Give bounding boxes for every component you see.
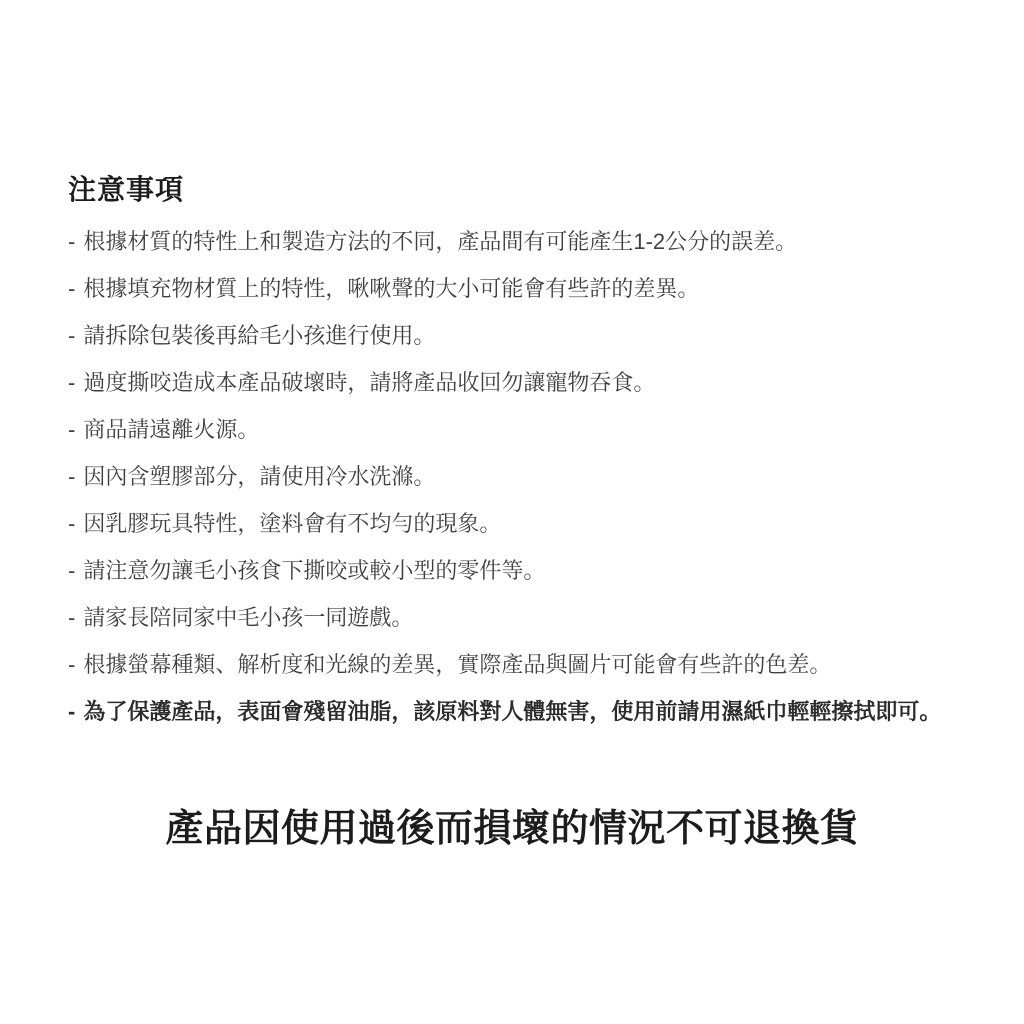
notice-item: -根據材質的特性上和製造方法的不同，產品間有可能產生1-2公分的誤差。 <box>68 218 968 265</box>
notice-item: -根據填充物材質上的特性，啾啾聲的大小可能會有些許的差異。 <box>68 265 968 312</box>
bullet-dash: - <box>68 406 75 453</box>
notice-item: -請家長陪同家中毛小孩一同遊戲。 <box>68 594 968 641</box>
bullet-dash: - <box>68 547 75 594</box>
notice-text: 商品請遠離火源。 <box>83 417 259 442</box>
bullet-dash: - <box>68 688 75 735</box>
notice-text: 因乳膠玩具特性，塗料會有不均勻的現象。 <box>83 511 501 536</box>
notice-item-important: -為了保護產品，表面會殘留油脂，該原料對人體無害，使用前請用濕紙巾輕輕擦拭即可。 <box>68 688 968 735</box>
notice-item: -商品請遠離火源。 <box>68 406 968 453</box>
bullet-dash: - <box>68 265 75 312</box>
notice-item: -過度撕咬造成本產品破壞時，請將產品收回勿讓寵物吞食。 <box>68 359 968 406</box>
notice-list: -根據材質的特性上和製造方法的不同，產品間有可能產生1-2公分的誤差。 -根據填… <box>68 218 968 735</box>
notice-text: 根據材質的特性上和製造方法的不同，產品間有可能產生1-2公分的誤差。 <box>83 229 797 254</box>
bullet-dash: - <box>68 500 75 547</box>
notice-item: -根據螢幕種類、解析度和光線的差異，實際產品與圖片可能會有些許的色差。 <box>68 641 968 688</box>
notice-section: 注意事項 -根據材質的特性上和製造方法的不同，產品間有可能產生1-2公分的誤差。… <box>68 175 968 735</box>
notice-text: 根據螢幕種類、解析度和光線的差異，實際產品與圖片可能會有些許的色差。 <box>83 652 831 677</box>
notice-text: 根據填充物材質上的特性，啾啾聲的大小可能會有些許的差異。 <box>83 276 699 301</box>
bullet-dash: - <box>68 641 75 688</box>
notice-page: 注意事項 -根據材質的特性上和製造方法的不同，產品間有可能產生1-2公分的誤差。… <box>0 0 1024 1024</box>
notice-text: 因內含塑膠部分，請使用冷水洗滌。 <box>83 464 435 489</box>
bullet-dash: - <box>68 312 75 359</box>
notice-title: 注意事項 <box>68 175 968 205</box>
notice-item: -因內含塑膠部分，請使用冷水洗滌。 <box>68 453 968 500</box>
notice-item: -因乳膠玩具特性，塗料會有不均勻的現象。 <box>68 500 968 547</box>
bullet-dash: - <box>68 359 75 406</box>
notice-text: 請家長陪同家中毛小孩一同遊戲。 <box>83 605 413 630</box>
notice-item: -請注意勿讓毛小孩食下撕咬或較小型的零件等。 <box>68 547 968 594</box>
notice-text: 請注意勿讓毛小孩食下撕咬或較小型的零件等。 <box>83 558 545 583</box>
notice-text: 請拆除包裝後再給毛小孩進行使用。 <box>83 323 435 348</box>
notice-item: -請拆除包裝後再給毛小孩進行使用。 <box>68 312 968 359</box>
return-policy-banner: 產品因使用過後而損壞的情況不可退換貨 <box>0 806 1024 852</box>
bullet-dash: - <box>68 594 75 641</box>
notice-text: 為了保護產品，表面會殘留油脂，該原料對人體無害，使用前請用濕紙巾輕輕擦拭即可。 <box>83 699 941 724</box>
bullet-dash: - <box>68 218 75 265</box>
bullet-dash: - <box>68 453 75 500</box>
notice-text: 過度撕咬造成本產品破壞時，請將產品收回勿讓寵物吞食。 <box>83 370 655 395</box>
